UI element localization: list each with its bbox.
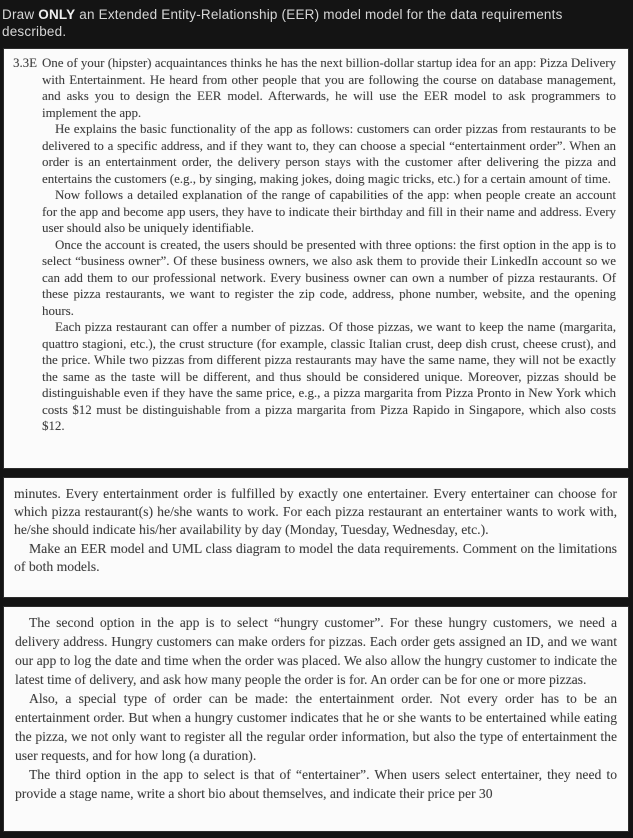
continuation-paragraph: Make an EER model and UML class diagram … xyxy=(14,540,617,576)
exercise-paragraph: One of your (hipster) acquaintances thin… xyxy=(42,55,616,121)
exercise-paragraph: Now follows a detailed explanation of th… xyxy=(42,187,616,237)
exercise-number: 3.3E xyxy=(13,55,37,72)
instruction-text-prefix: Draw xyxy=(2,7,38,22)
page: Draw ONLY an Extended Entity-Relationshi… xyxy=(0,0,633,838)
instruction-banner: Draw ONLY an Extended Entity-Relationshi… xyxy=(2,6,622,40)
options-paragraph: The third option in the app to select is… xyxy=(15,765,617,803)
options-paragraph: The second option in the app is to selec… xyxy=(15,613,617,689)
continuation-text-box: minutes. Every entertainment order is fu… xyxy=(3,477,629,598)
options-text-box: The second option in the app is to selec… xyxy=(3,606,629,832)
exercise-paragraph: Once the account is created, the users s… xyxy=(42,237,616,320)
exercise-paragraph: He explains the basic functionality of t… xyxy=(42,121,616,187)
instruction-text-suffix: an Extended Entity-Relationship (EER) mo… xyxy=(2,7,563,39)
continuation-paragraph: minutes. Every entertainment order is fu… xyxy=(14,485,617,540)
options-paragraph: Also, a special type of order can be mad… xyxy=(15,689,617,765)
exercise-paragraph: Each pizza restaurant can offer a number… xyxy=(42,319,616,435)
instruction-text-bold: ONLY xyxy=(38,7,75,22)
exercise-statement-box: 3.3E One of your (hipster) acquaintances… xyxy=(3,48,629,469)
